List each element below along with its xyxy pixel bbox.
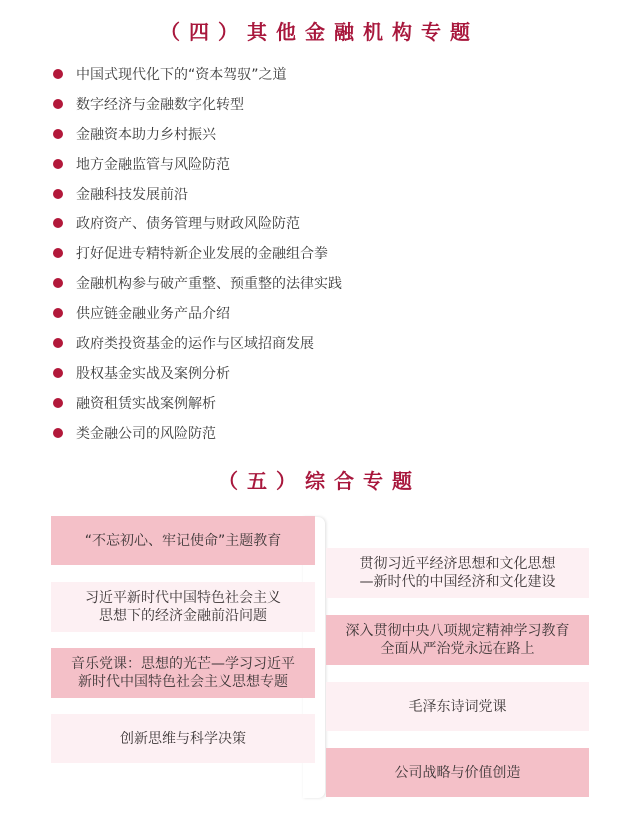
list-item: 地方金融监管与风险防范 xyxy=(51,149,342,179)
topic-box-left-2: 习近平新时代中国特色社会主义 思想下的经济金融前沿问题 xyxy=(51,582,315,632)
list-item-label: 类金融公司的风险防范 xyxy=(76,423,216,443)
section-5-title: （五）综合专题 xyxy=(0,469,639,493)
topic-box-right-4: 公司战略与价值创造 xyxy=(326,748,589,797)
list-item-label: 地方金融监管与风险防范 xyxy=(76,154,230,174)
list-item-label: 政府资产、债务管理与财政风险防范 xyxy=(76,213,300,233)
list-item-label: 股权基金实战及案例分析 xyxy=(76,363,230,383)
list-item: 政府资产、债务管理与财政风险防范 xyxy=(51,209,342,239)
list-item-label: 打好促进专精特新企业发展的金融组合拳 xyxy=(76,243,328,263)
list-item: 金融科技发展前沿 xyxy=(51,179,342,209)
list-item-label: 中国式现代化下的“资本驾驭”之道 xyxy=(76,64,287,84)
topic-box-label: 贯彻习近平经济思想和文化思想 —新时代的中国经济和文化建设 xyxy=(360,555,556,591)
bullet-dot-icon xyxy=(53,248,63,258)
list-item: 打好促进专精特新企业发展的金融组合拳 xyxy=(51,238,342,268)
list-item-label: 政府类投资基金的运作与区域招商发展 xyxy=(76,333,314,353)
list-item-label: 供应链金融业务产品介绍 xyxy=(76,303,230,323)
topic-box-left-4: 创新思维与科学决策 xyxy=(51,714,315,763)
bullet-dot-icon xyxy=(53,338,63,348)
list-item: 供应链金融业务产品介绍 xyxy=(51,298,342,328)
bullet-dot-icon xyxy=(53,159,63,169)
topic-box-right-2: 深入贯彻中央八项规定精神学习教育 全面从严治党永远在路上 xyxy=(326,615,589,665)
bullet-dot-icon xyxy=(53,218,63,228)
bullet-dot-icon xyxy=(53,428,63,438)
topic-box-left-1: “不忘初心、牢记使命”主题教育 xyxy=(51,516,315,565)
topic-box-label: 毛泽东诗词党课 xyxy=(409,698,507,716)
list-item: 融资租赁实战案例解析 xyxy=(51,388,342,418)
section-4-topic-list: 中国式现代化下的“资本驾驭”之道 数字经济与金融数字化转型 金融资本助力乡村振兴… xyxy=(51,59,342,448)
list-item-label: 金融科技发展前沿 xyxy=(76,184,188,204)
list-item-label: 数字经济与金融数字化转型 xyxy=(76,94,244,114)
list-item-label: 金融机构参与破产重整、预重整的法律实践 xyxy=(76,273,342,293)
topic-box-right-3: 毛泽东诗词党课 xyxy=(326,682,589,731)
bullet-dot-icon xyxy=(53,278,63,288)
bullet-dot-icon xyxy=(53,368,63,378)
list-item: 政府类投资基金的运作与区域招商发展 xyxy=(51,328,342,358)
topic-box-label: 创新思维与科学决策 xyxy=(120,730,246,748)
list-item-label: 融资租赁实战案例解析 xyxy=(76,393,216,413)
bullet-dot-icon xyxy=(53,308,63,318)
list-item-label: 金融资本助力乡村振兴 xyxy=(76,124,216,144)
list-item: 金融资本助力乡村振兴 xyxy=(51,119,342,149)
section-4-title: （四）其他金融机构专题 xyxy=(0,20,639,44)
list-item: 数字经济与金融数字化转型 xyxy=(51,89,342,119)
bullet-dot-icon xyxy=(53,69,63,79)
list-item: 股权基金实战及案例分析 xyxy=(51,358,342,388)
bullet-dot-icon xyxy=(53,189,63,199)
bullet-dot-icon xyxy=(53,129,63,139)
topic-box-label: 音乐党课：思想的光芒—学习习近平 新时代中国特色社会主义思想专题 xyxy=(71,655,295,691)
list-item: 金融机构参与破产重整、预重整的法律实践 xyxy=(51,268,342,298)
topic-box-label: 习近平新时代中国特色社会主义 思想下的经济金融前沿问题 xyxy=(85,589,281,625)
list-item: 类金融公司的风险防范 xyxy=(51,418,342,448)
bullet-dot-icon xyxy=(53,398,63,408)
topic-box-label: “不忘初心、牢记使命”主题教育 xyxy=(85,532,282,550)
topic-box-label: 公司战略与价值创造 xyxy=(395,764,521,782)
topic-box-right-1: 贯彻习近平经济思想和文化思想 —新时代的中国经济和文化建设 xyxy=(326,548,589,598)
topic-box-label: 深入贯彻中央八项规定精神学习教育 全面从严治党永远在路上 xyxy=(346,622,570,658)
bullet-dot-icon xyxy=(53,99,63,109)
list-item: 中国式现代化下的“资本驾驭”之道 xyxy=(51,59,342,89)
topic-box-left-3: 音乐党课：思想的光芒—学习习近平 新时代中国特色社会主义思想专题 xyxy=(51,648,315,698)
